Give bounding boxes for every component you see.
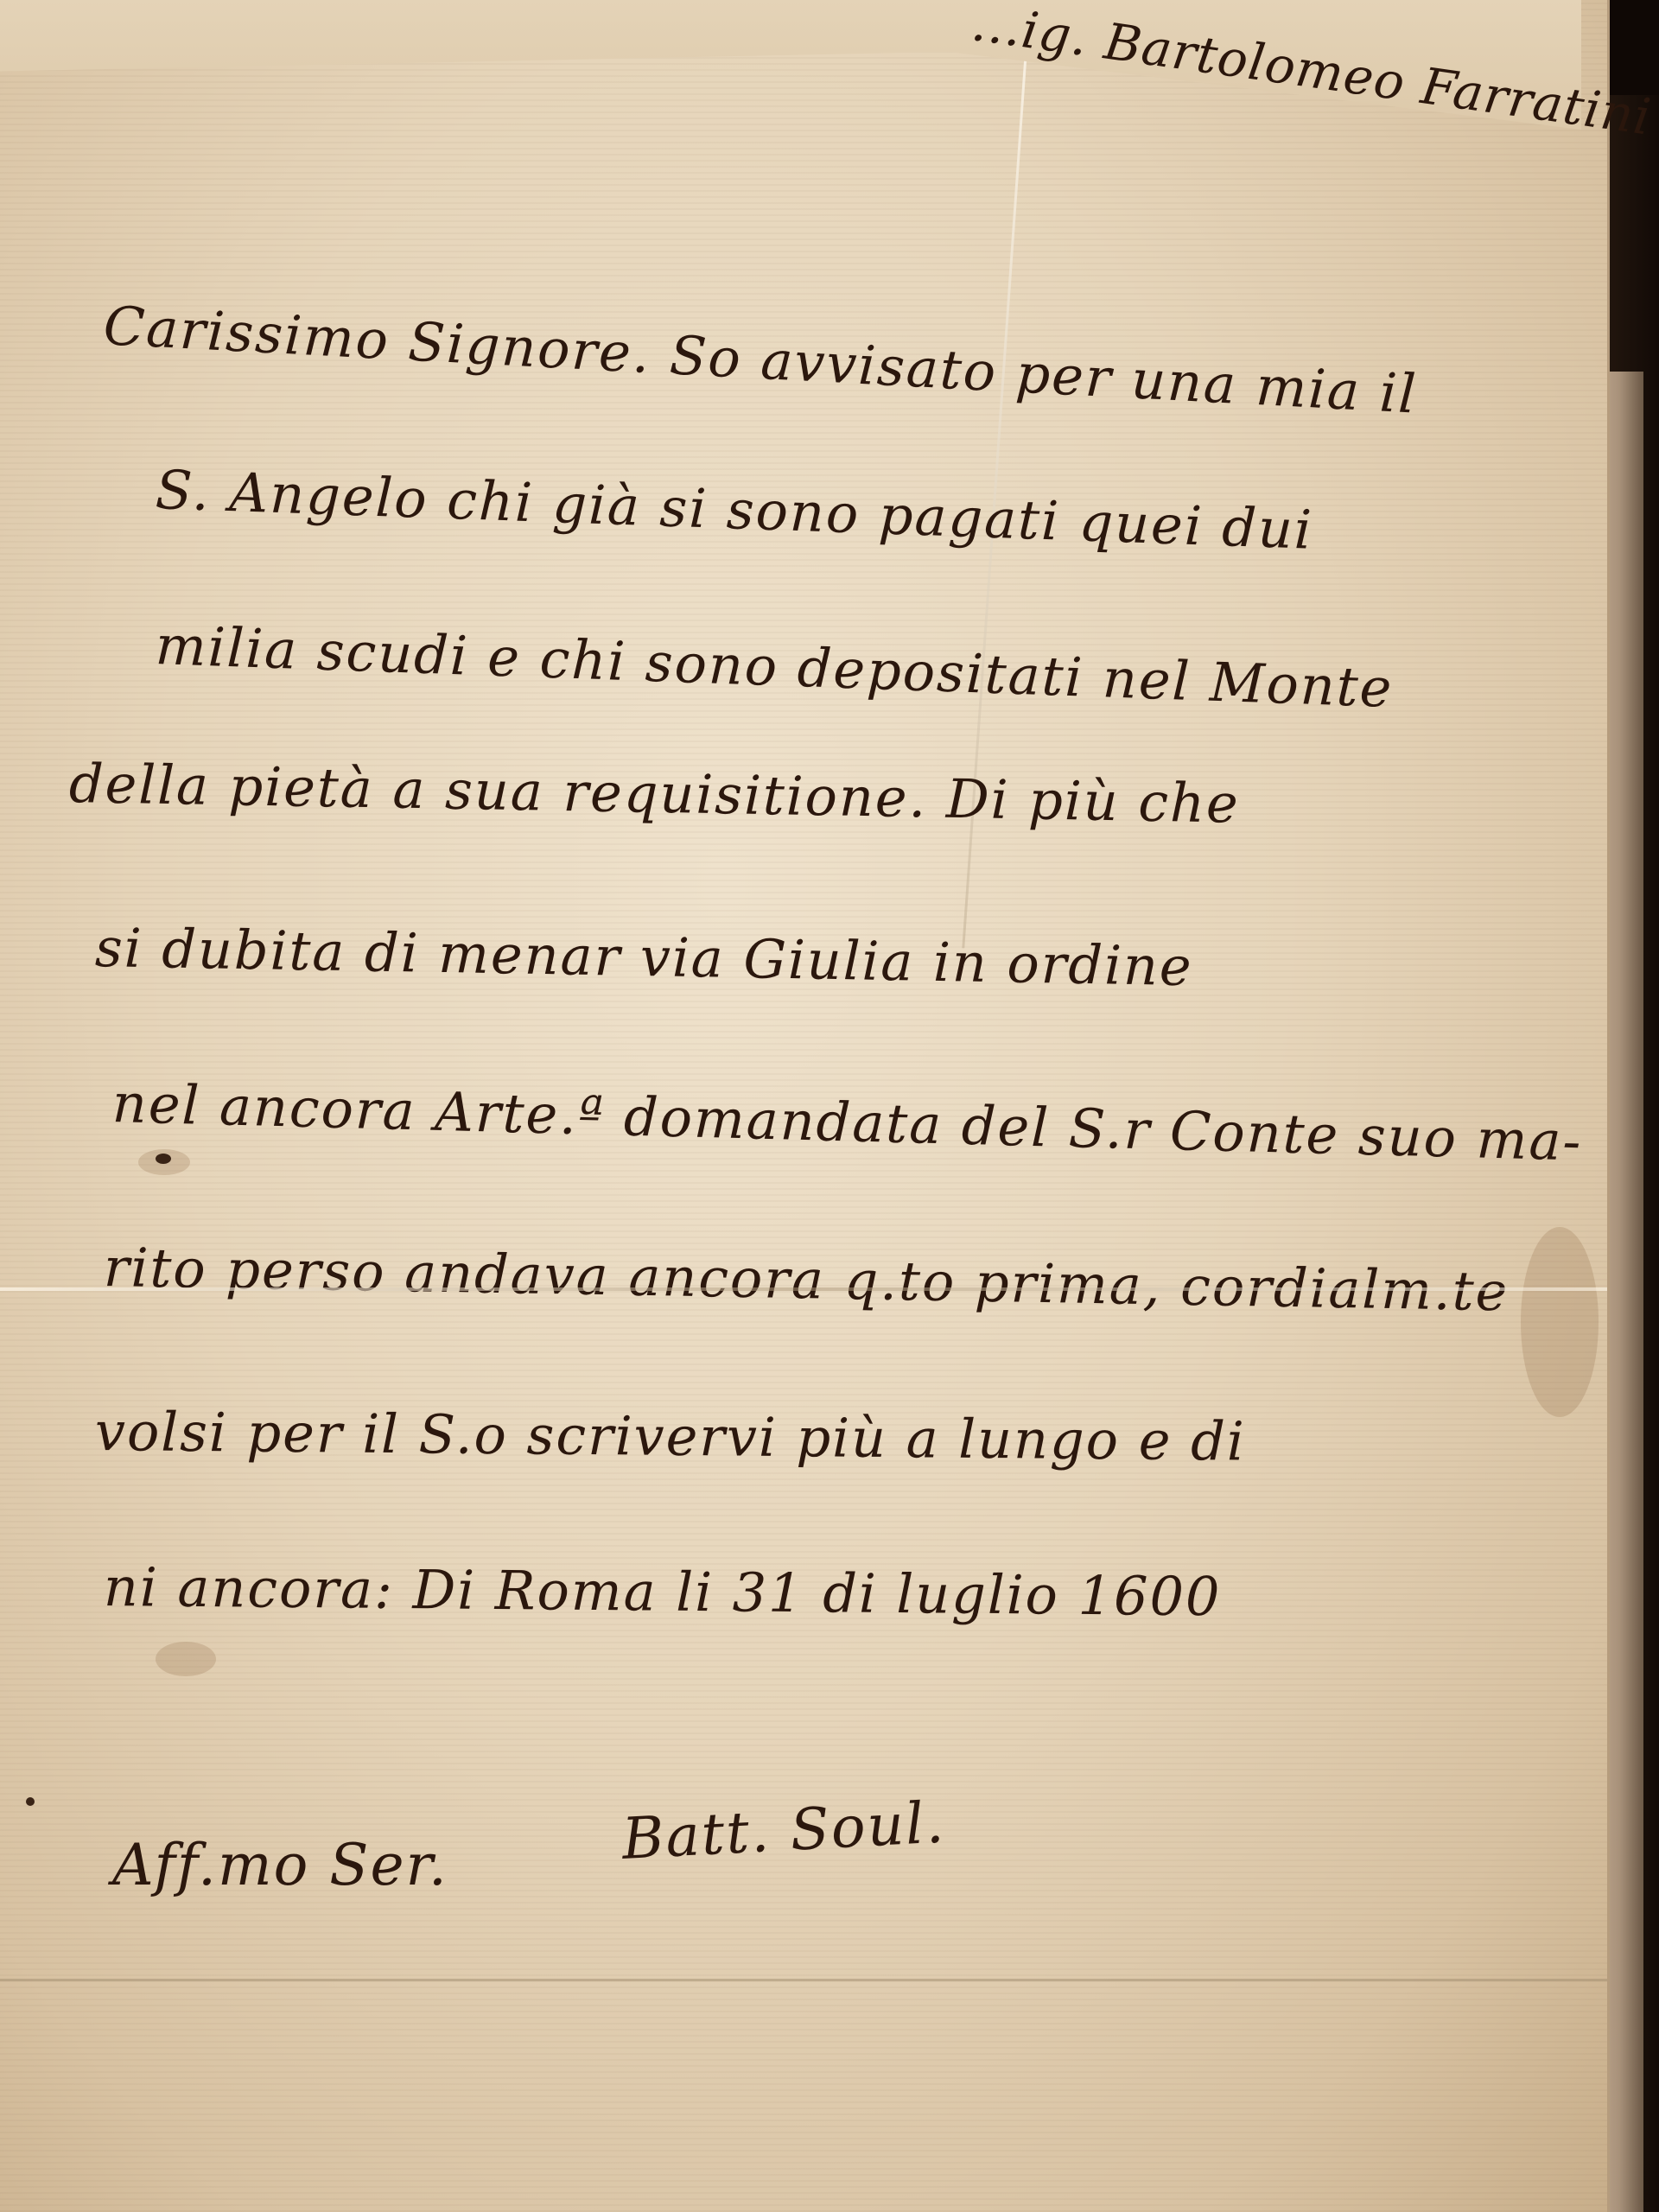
ink-dot [26,1797,35,1806]
letter-line-9: ni ancora: Di Roma li 31 di luglio 1600 [104,1555,1222,1628]
fold-crease [0,1979,1607,1981]
water-stain [1521,1227,1599,1417]
letter-line-3: milia scudi e chi sono depositati nel Mo… [155,613,1395,720]
letter-line-7: rito perso andava ancora q.to prima, cor… [103,1236,1510,1323]
letter-line-2: S. Angelo chi già si sono pagati quei du… [155,458,1314,562]
letter-sheet: ...ig. Bartolomeo Farratini Carissimo Si… [0,0,1610,2212]
letter-line-8: volsi per il S.o scrivervi più a lungo e… [95,1400,1246,1473]
closing-formula: Aff.mo Ser. [112,1832,448,1898]
paper-damage [156,1642,216,1676]
ink-blot [156,1154,171,1164]
signature: Batt. Soul. [620,1789,947,1872]
letter-line-1: Carissimo Signore. So avvisato per una m… [102,294,1419,426]
letter-line-6: nel ancora Arte.ª domandata del S.r Cont… [111,1071,1583,1173]
letter-line-5: si dubita di menar via Giulia in ordine [94,916,1193,998]
letter-line-4: della pietà a sua requisitione. Di più c… [68,752,1240,836]
